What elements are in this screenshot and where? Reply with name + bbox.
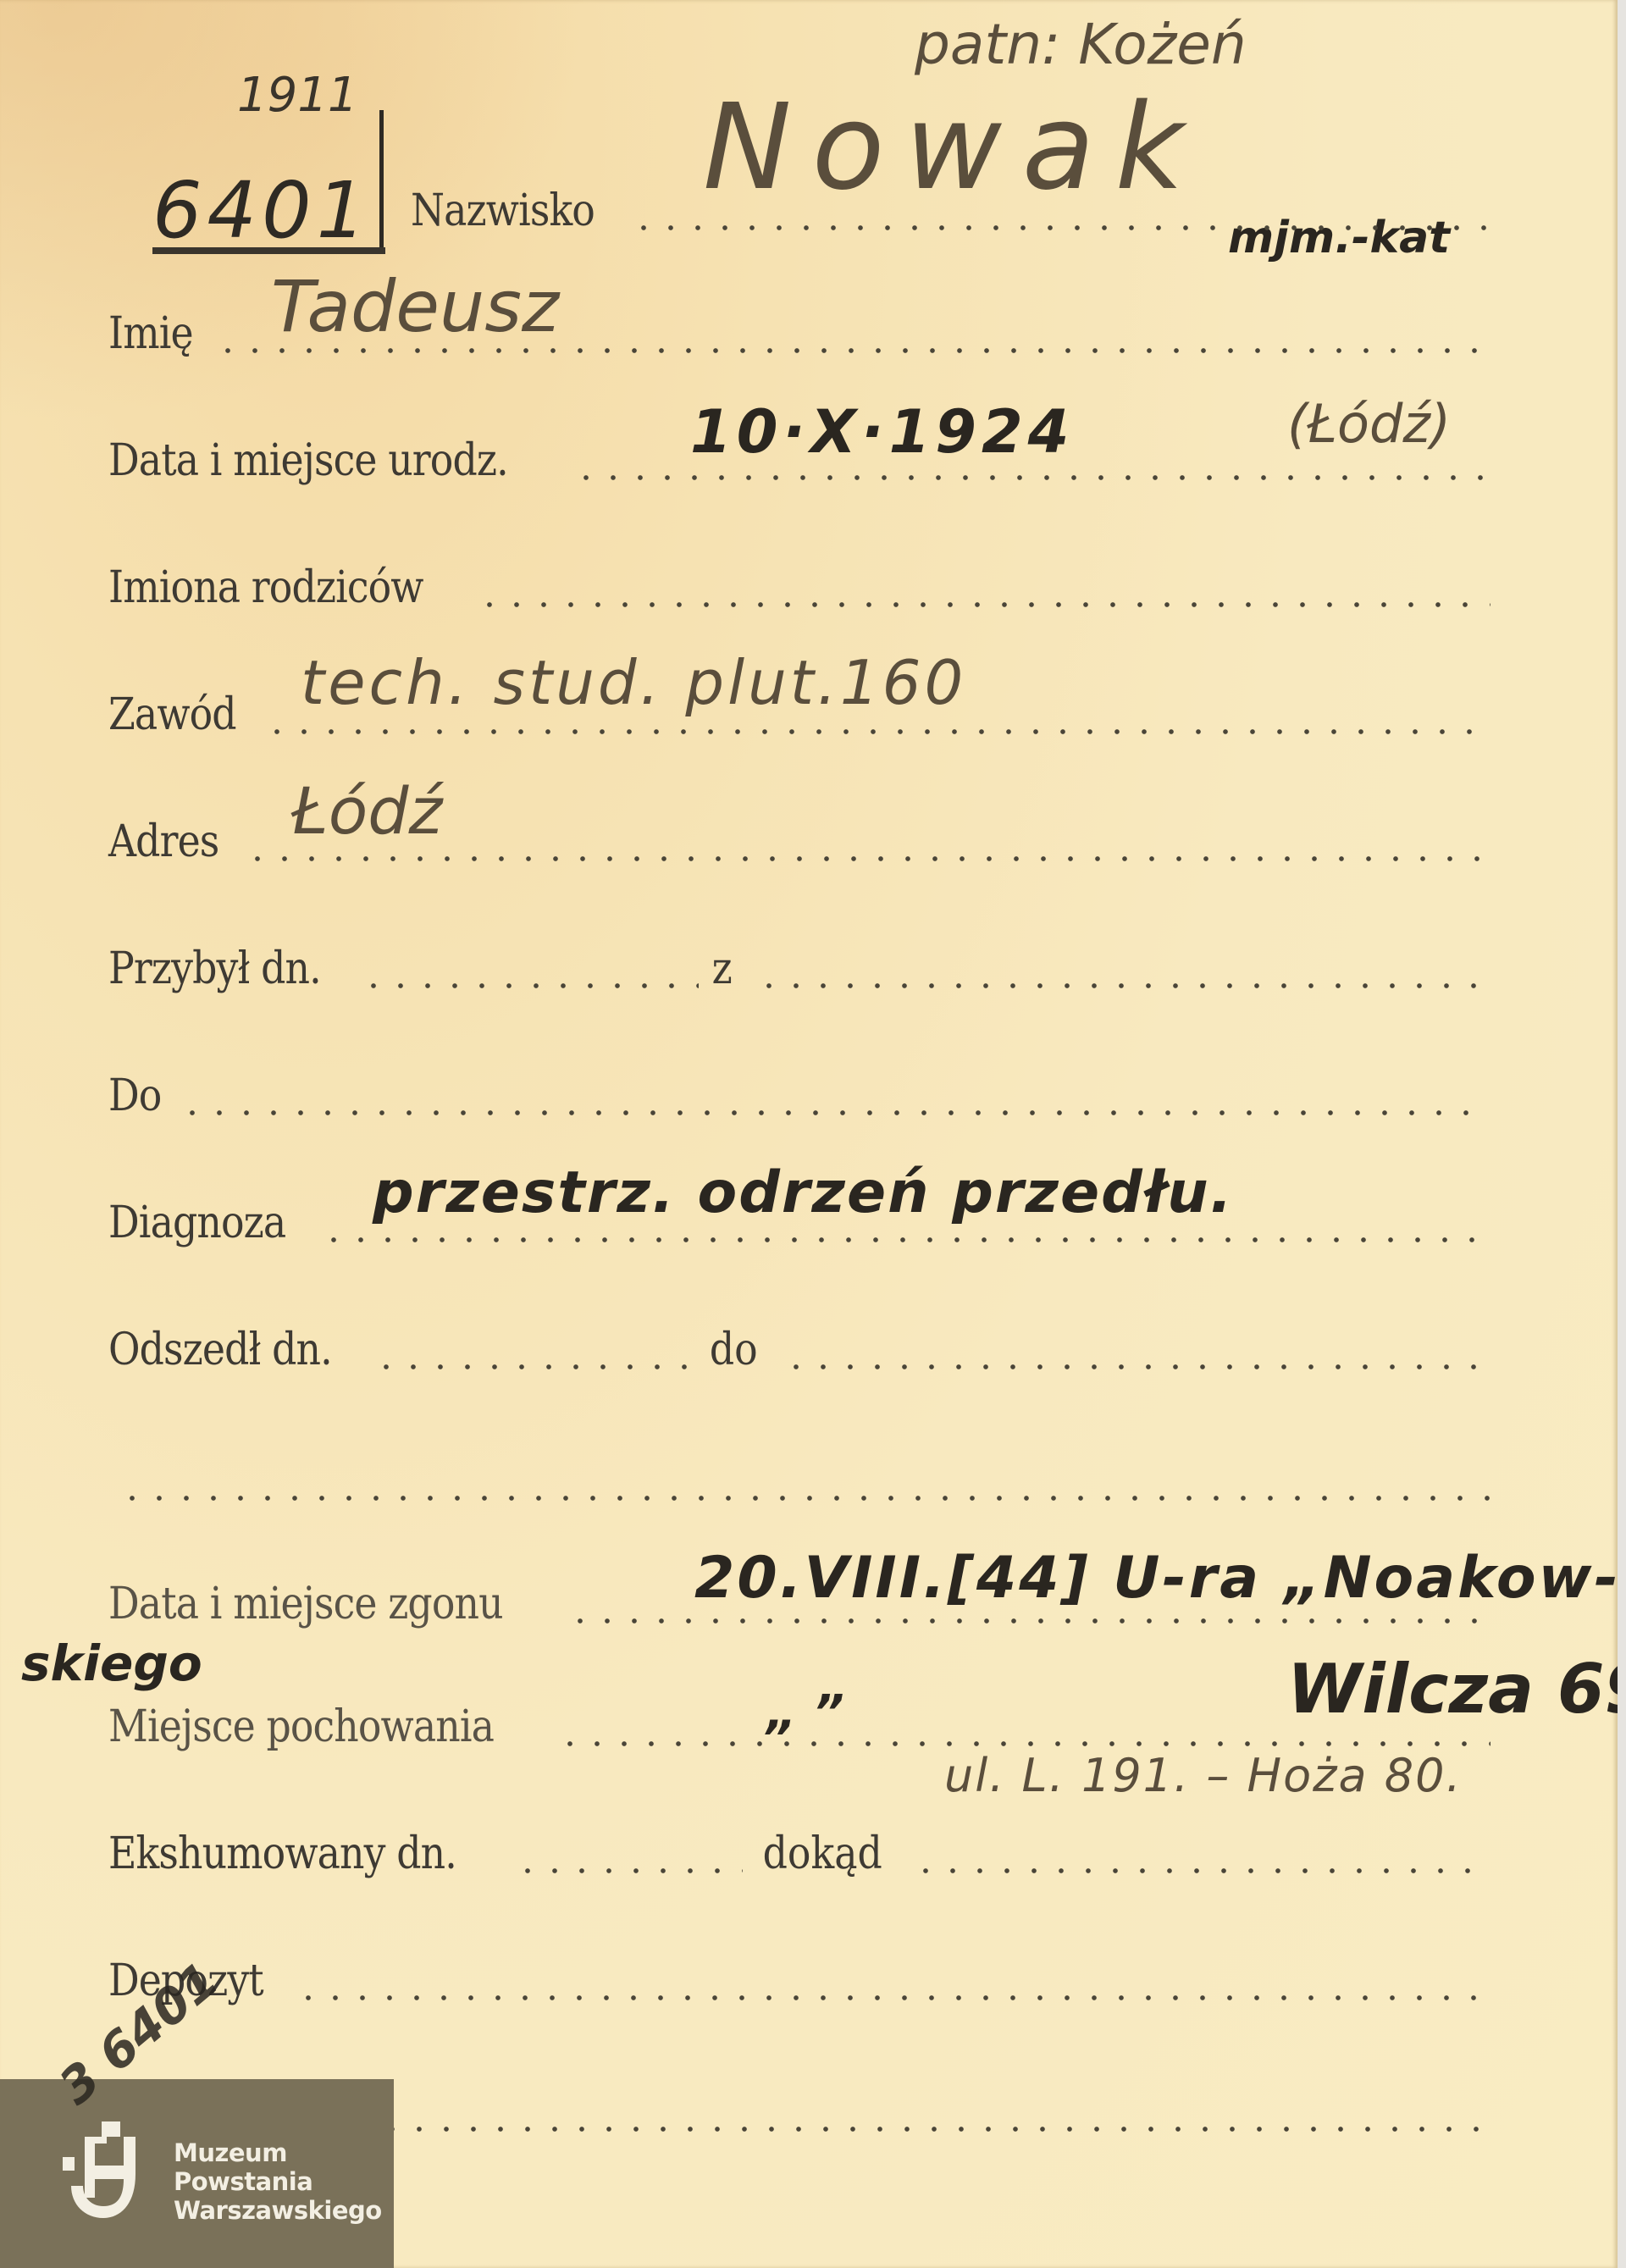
record-number: 6401: [152, 165, 371, 256]
field-label: Do: [108, 1074, 161, 1118]
personnel-card: 1911 6401 patn: Kożeń mjm.-kat Nazwisko …: [0, 0, 1618, 2268]
field-label: Nazwisko: [411, 189, 595, 233]
number-underline: [152, 247, 385, 254]
dotted-line: [783, 1347, 1490, 1372]
field-label: Miejsce pochowania: [108, 1705, 494, 1749]
field-label: Diagnoza: [108, 1201, 285, 1245]
field-separator: z: [712, 947, 733, 991]
museum-watermark: Muzeum Powstania Warszawskiego: [0, 2079, 394, 2268]
field-label: Data i miejsce zgonu: [108, 1582, 503, 1626]
diagnosis-value: przestrz. odrzeń przedłu.: [373, 1164, 1234, 1222]
field-arrived: Przybył dn. z: [108, 923, 1490, 991]
kotwica-anchor-icon: [53, 2120, 154, 2221]
dotted-line: [295, 1978, 1490, 2003]
field-label: Imiona rodziców: [108, 566, 423, 610]
birth-place-value: (Łódź): [1287, 398, 1451, 451]
dotted-line: [912, 1850, 1490, 1876]
dotted-line: [360, 965, 699, 991]
dotted-line: [119, 1478, 1490, 1503]
burial-ditto-marks: „ ”: [766, 1690, 844, 1737]
dotted-line: [179, 1093, 1490, 1118]
dotted-line: [373, 1347, 694, 1372]
burial-place-value: Wilcza 69: [1287, 1656, 1626, 1723]
field-label: Odszedł dn.: [108, 1328, 332, 1372]
field-exhumed: Ekshumowany dn. dokąd: [108, 1808, 1490, 1876]
field-parents-names: Imiona rodziców: [108, 542, 1490, 610]
field-label: Imię: [108, 312, 193, 356]
field-label: Zawód: [108, 693, 236, 737]
museum-name-line3: Warszawskiego: [174, 2196, 382, 2225]
address-value: Łódź: [292, 779, 442, 844]
dotted-line: [514, 1850, 743, 1876]
field-separator: dokąd: [763, 1832, 882, 1876]
field-label: Ekshumowany dn.: [108, 1832, 456, 1876]
field-deposit: Depozyt: [108, 1935, 1490, 2003]
dotted-line: [476, 584, 1490, 610]
annotation-top: patn: Kożeń: [915, 17, 1247, 73]
surname-value: Nowak: [703, 89, 1204, 207]
occupation-value: tech. stud. plut.160: [301, 652, 966, 713]
scan-edge: [1618, 0, 1626, 2268]
number-divider-vertical: [379, 110, 384, 250]
birth-date-value: 10·X·1924: [690, 402, 1074, 462]
dotted-line: [755, 965, 1490, 991]
burial-note: ul. L. 191. – Hoża 80.: [944, 1753, 1463, 1799]
field-label: Przybył dn.: [108, 947, 321, 991]
dotted-line: [216, 2109, 1490, 2134]
field-to: Do: [108, 1050, 1490, 1118]
field-label: Data i miejsce urodz.: [108, 439, 508, 483]
field-label: Adres: [108, 820, 218, 864]
first-name-value: Tadeusz: [271, 271, 559, 342]
death-value: 20.VIII.[44] U-ra „Noakow-: [694, 1550, 1621, 1607]
field-departed: Odszedł dn. do: [108, 1304, 1490, 1372]
field-blank-line: [119, 1435, 1490, 1503]
museum-name: Muzeum Powstania Warszawskiego: [174, 2138, 382, 2225]
field-separator: do: [710, 1328, 758, 1372]
field-final-line: [216, 2066, 1490, 2134]
museum-name-line1: Muzeum: [174, 2138, 382, 2167]
museum-name-line2: Powstania: [174, 2167, 382, 2196]
record-number-top: 1911: [237, 68, 358, 123]
